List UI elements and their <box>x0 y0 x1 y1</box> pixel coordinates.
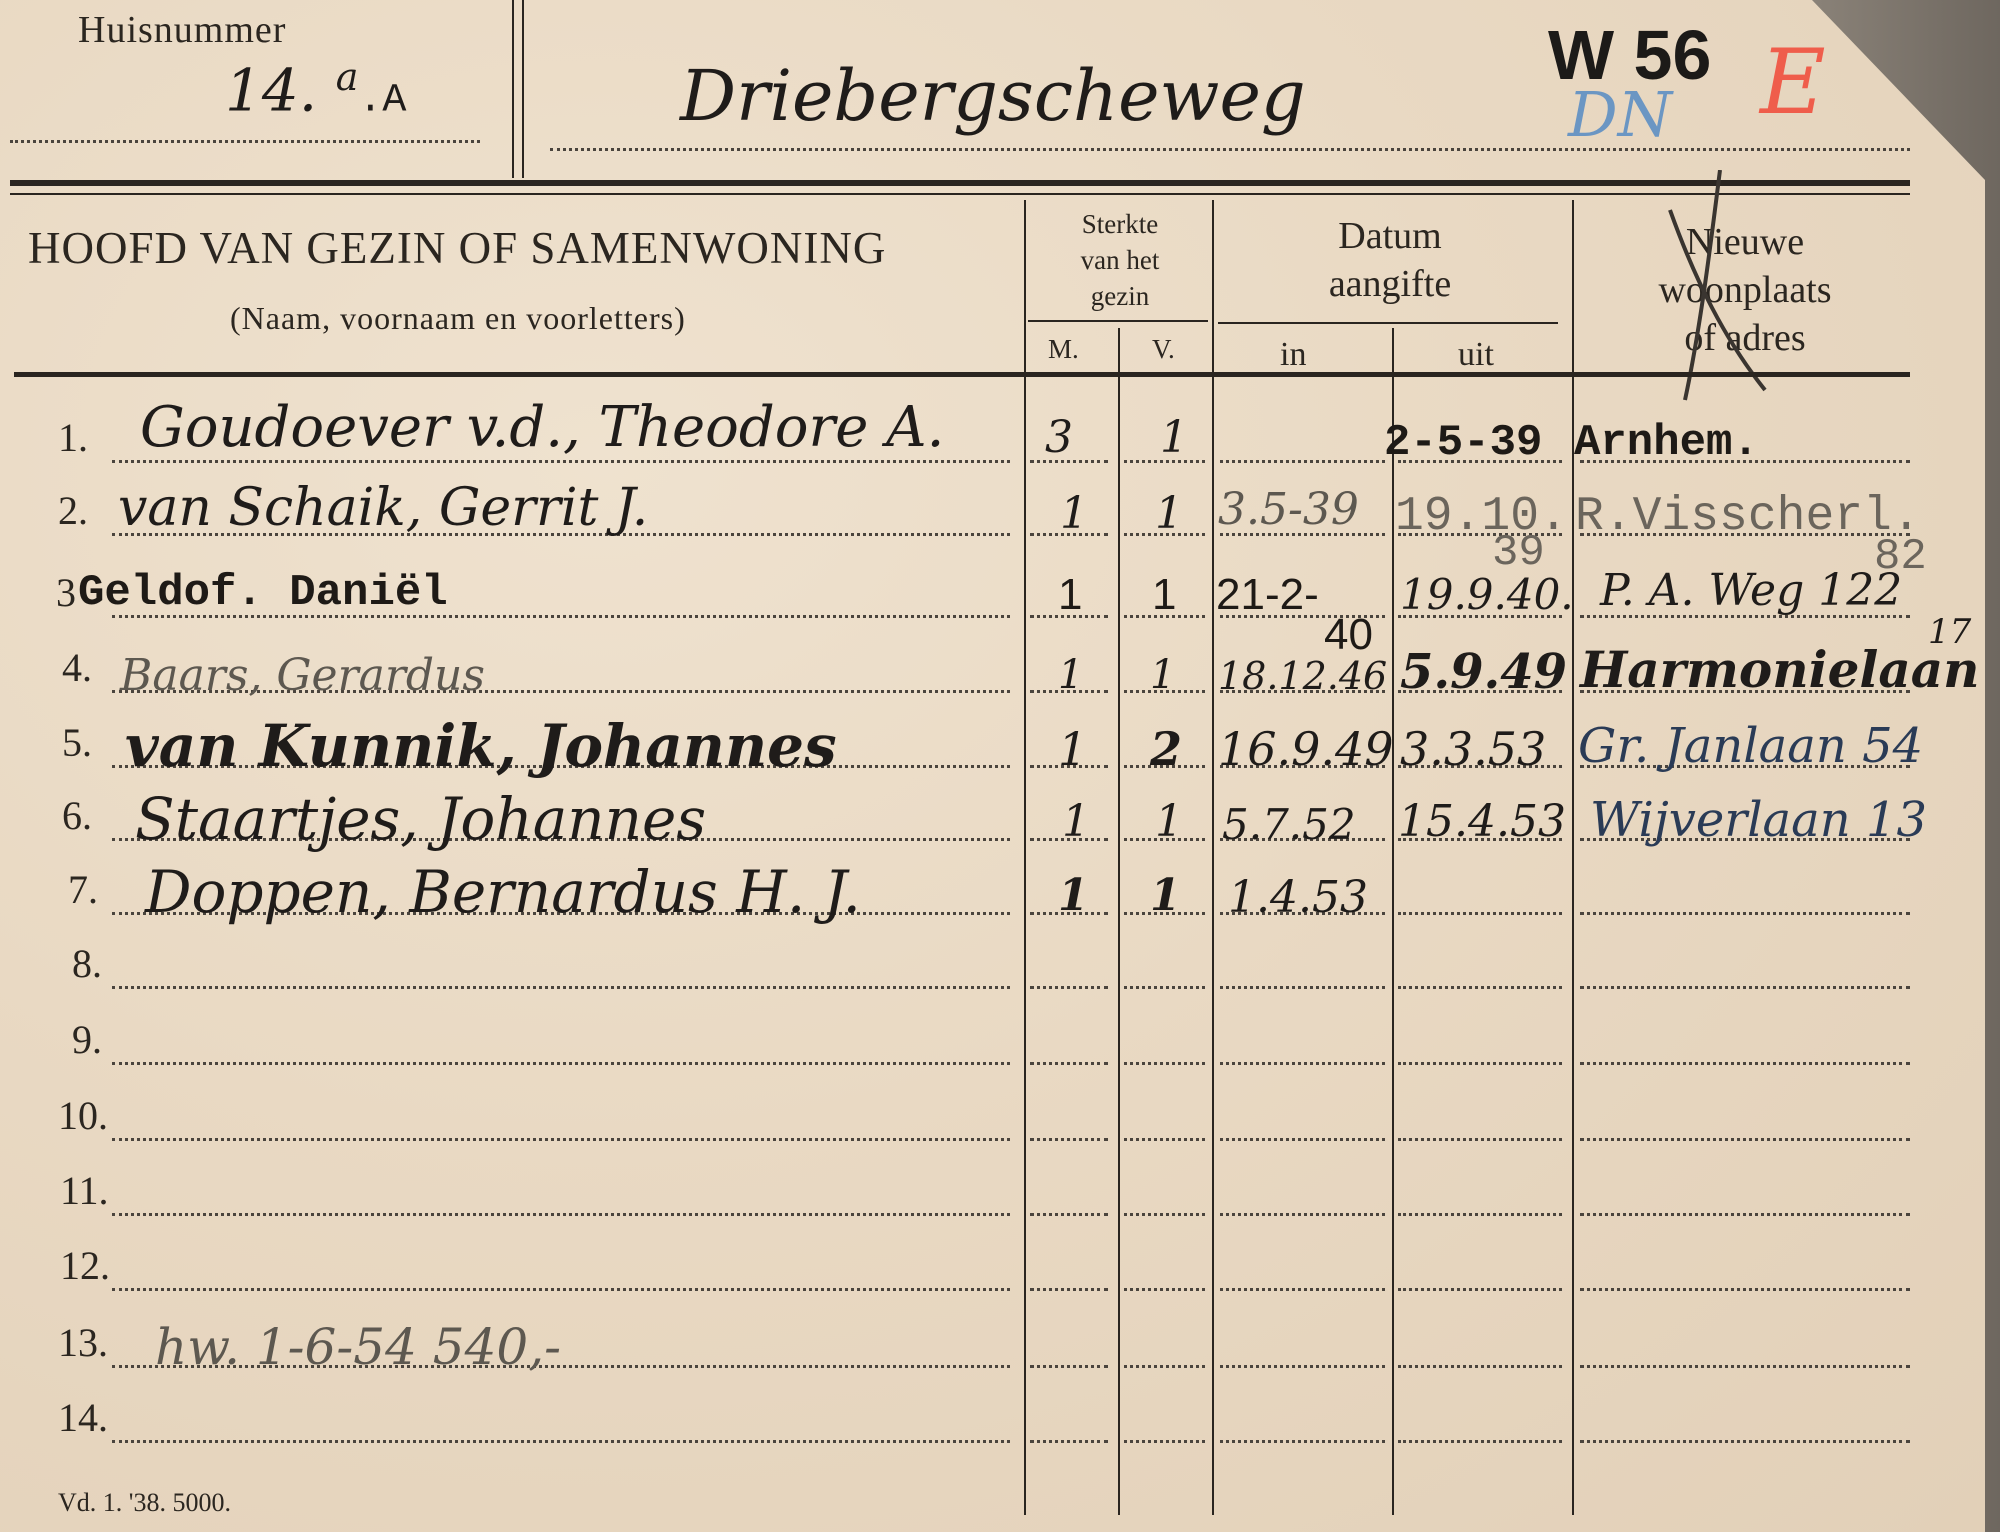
col-divider-m <box>1118 328 1120 1515</box>
row-2-adres: R.Visscherl. <box>1575 490 1921 544</box>
row-dotted-line <box>1398 1365 1562 1368</box>
row-3-in: 21-2- <box>1216 570 1319 620</box>
row-dotted-line <box>1030 1062 1108 1065</box>
row-6-in: 5.7.52 <box>1222 800 1356 849</box>
row-dotted-line <box>1220 1138 1385 1141</box>
row-dotted-line <box>112 1213 1010 1216</box>
row-dotted-line <box>1220 1213 1385 1216</box>
row-dotted-line <box>1398 1288 1562 1291</box>
row-4-name: Baars, Gerardus <box>120 650 485 701</box>
row-4-adres: Harmonielaan <box>1580 640 1980 699</box>
row-number: 4. <box>62 644 92 691</box>
column-header-name: HOOFD VAN GEZIN OF SAMENWONING <box>28 222 886 274</box>
row-dotted-line <box>1220 1365 1385 1368</box>
col-divider-uit <box>1572 200 1574 1515</box>
row-3-adres: P. A. Weg 122 <box>1600 565 1902 616</box>
row-4-v: 1 <box>1150 652 1175 698</box>
datum-line-2: aangifte <box>1215 260 1565 308</box>
row-7-v: 1 <box>1150 870 1181 921</box>
row-dotted-line <box>112 1138 1010 1141</box>
huisnummer-suffix: .A <box>358 78 406 123</box>
row-number: 8. <box>72 940 102 987</box>
row-dotted-line <box>1580 1062 1910 1065</box>
row-6-m: 1 <box>1062 796 1090 847</box>
huisnummer-label: Huisnummer <box>78 8 286 52</box>
column-header-datum: Datum aangifte <box>1215 212 1565 308</box>
row-number: 6. <box>62 792 92 839</box>
column-header-sterkte: Sterkte van het gezin <box>1030 206 1210 314</box>
row-dotted-line <box>1030 986 1108 989</box>
row-number: 11. <box>60 1167 109 1214</box>
row-dotted-line <box>1580 1440 1910 1443</box>
row-13-note: hw. 1-6-54 540,- <box>155 1318 561 1376</box>
row-dotted-line <box>1124 1440 1205 1443</box>
row-dotted-line <box>1580 1213 1910 1216</box>
column-header-in: in <box>1280 336 1306 374</box>
col-divider-in <box>1392 328 1394 1515</box>
column-header-name-sub: (Naam, voornaam en voorletters) <box>230 300 686 337</box>
row-number: 9. <box>72 1016 102 1063</box>
huisnummer-dotted-line <box>10 140 480 143</box>
column-header-uit: uit <box>1458 336 1494 374</box>
row-dotted-line <box>1580 1138 1910 1141</box>
row-dotted-line <box>1220 986 1385 989</box>
row-7-name: Doppen, Bernardus H. J. <box>145 858 861 926</box>
row-number: 1. <box>58 414 88 461</box>
row-4-uit: 5.9.49 <box>1400 644 1567 700</box>
blue-pencil-mark: DN <box>1568 78 1672 151</box>
top-divider <box>512 0 514 178</box>
header-bottom-rule <box>14 372 1910 377</box>
row-7-in: 1.4.53 <box>1228 872 1368 923</box>
row-6-v: 1 <box>1155 796 1183 847</box>
row-3-in-year: 40 <box>1324 610 1373 660</box>
sterkte-underline <box>1028 320 1208 322</box>
header-top-rule <box>10 180 1910 186</box>
form-print-code: Vd. 1. '38. 5000. <box>58 1488 231 1518</box>
row-4-adres-number: 17 <box>1928 612 1971 652</box>
datum-line-1: Datum <box>1215 212 1565 260</box>
row-number: 3 <box>56 569 76 616</box>
column-header-v: V. <box>1152 334 1175 365</box>
row-number: 14. <box>58 1394 108 1441</box>
row-number: 7. <box>68 866 98 913</box>
row-dotted-line <box>1580 1288 1910 1291</box>
row-4-in: 18.12.46 <box>1218 654 1387 698</box>
row-dotted-line <box>1580 912 1910 915</box>
row-dotted-line <box>1124 986 1205 989</box>
red-pencil-mark: E <box>1760 30 1826 135</box>
row-dotted-line <box>1398 986 1562 989</box>
row-2-in: 3.5-39 <box>1218 484 1359 535</box>
row-5-in: 16.9.49 <box>1218 722 1394 776</box>
sterkte-line-1: Sterkte <box>1030 206 1210 242</box>
row-6-adres: Wijverlaan 13 <box>1590 792 1927 848</box>
row-1-name: Goudoever v.d., Theodore A. <box>140 395 944 460</box>
street-dotted-line <box>550 148 1910 151</box>
row-dotted-line <box>112 986 1010 989</box>
row-dotted-line <box>1398 912 1562 915</box>
row-number: 13. <box>58 1319 108 1366</box>
row-1-m: 3 <box>1045 412 1073 463</box>
row-dotted-line <box>1220 1062 1385 1065</box>
row-dotted-line <box>1124 1365 1205 1368</box>
row-2-v: 1 <box>1155 488 1183 539</box>
row-dotted-line <box>1124 1288 1205 1291</box>
row-5-adres: Gr. Janlaan 54 <box>1578 718 1923 774</box>
row-dotted-line <box>112 460 1010 463</box>
row-7-m: 1 <box>1058 870 1089 921</box>
row-number: 12. <box>60 1242 110 1289</box>
row-3-m: 1 <box>1058 570 1082 620</box>
row-dotted-line <box>112 1440 1010 1443</box>
row-dotted-line <box>1398 1213 1562 1216</box>
row-dotted-line <box>1030 1288 1108 1291</box>
row-5-name: van Kunnik, Johannes <box>125 712 837 780</box>
row-dotted-line <box>1124 1213 1205 1216</box>
row-number: 5. <box>62 719 92 766</box>
row-3-v: 1 <box>1152 570 1176 620</box>
row-2-name: van Schaik, Gerrit J. <box>118 478 648 538</box>
registration-card: Huisnummer 14. a.A Driebergscheweg W 56 … <box>0 0 2000 1532</box>
street-name: Driebergscheweg <box>680 55 1306 137</box>
row-5-m: 1 <box>1058 722 1087 776</box>
sterkte-line-2: van het <box>1030 242 1210 278</box>
row-dotted-line <box>1030 1365 1108 1368</box>
row-3-name: Geldof. Daniël <box>78 568 448 618</box>
header-top-rule-thin <box>10 193 1910 195</box>
row-5-v: 2 <box>1150 722 1182 776</box>
row-dotted-line <box>1124 1138 1205 1141</box>
row-dotted-line <box>1398 1062 1562 1065</box>
huisnummer-value: 14. a.A <box>225 55 406 124</box>
row-dotted-line <box>1220 1440 1385 1443</box>
row-4-m: 1 <box>1058 652 1083 698</box>
datum-underline <box>1218 322 1558 324</box>
row-dotted-line <box>1124 1062 1205 1065</box>
row-dotted-line <box>112 1288 1010 1291</box>
row-dotted-line <box>1220 1288 1385 1291</box>
col-divider-v <box>1212 200 1214 1515</box>
sterkte-line-3: gezin <box>1030 278 1210 314</box>
row-dotted-line <box>1030 1213 1108 1216</box>
row-3-uit: 19.9.40. <box>1400 570 1574 619</box>
row-dotted-line <box>1030 1440 1108 1443</box>
row-1-uit: 2-5-39 <box>1384 418 1542 468</box>
row-number: 2. <box>58 487 88 534</box>
row-dotted-line <box>1398 1138 1562 1141</box>
row-dotted-line <box>112 1062 1010 1065</box>
row-2-m: 1 <box>1060 488 1088 539</box>
row-6-uit: 15.4.53 <box>1398 796 1566 847</box>
row-6-name: Staartjes, Johannes <box>135 785 706 853</box>
row-dotted-line <box>1220 460 1385 463</box>
row-dotted-line <box>1580 1365 1910 1368</box>
row-5-uit: 3.3.53 <box>1400 722 1546 776</box>
row-1-v: 1 <box>1160 412 1188 463</box>
top-divider-2 <box>522 0 524 178</box>
huisnummer-number: 14. <box>225 56 317 124</box>
huisnummer-sup: a <box>336 55 359 99</box>
row-dotted-line <box>1580 986 1910 989</box>
column-header-m: M. <box>1048 334 1079 365</box>
col-divider-name <box>1024 200 1026 1515</box>
row-dotted-line <box>1030 1138 1108 1141</box>
row-1-adres: Arnhem. <box>1574 418 1759 468</box>
row-dotted-line <box>1398 1440 1562 1443</box>
row-number: 10. <box>58 1092 108 1139</box>
